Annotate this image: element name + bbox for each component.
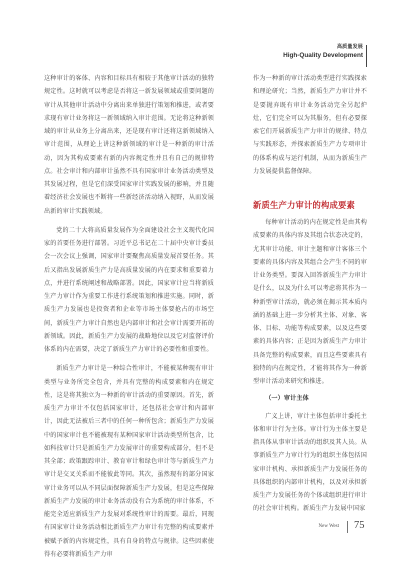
body-paragraph: 作为一种新的审计活动类型进行实践探索和理论研究；当然，新质生产力审计并不是要抛弃… [253, 72, 367, 178]
running-header: 高质量发展 High-Quality Development [283, 44, 363, 60]
sub-heading: （一）审计主体 [253, 392, 367, 405]
body-paragraph: 广义上讲，审计主体包括审计委托主体和审计行为主体。审计行为主体主要是指具体从事审… [253, 410, 367, 516]
body-paragraph: 新质生产力审计是一种综合性审计，不能被某种现有审计类型与业务所完全包含，并具有完… [44, 362, 214, 561]
page-footer: New West 75 [300, 520, 370, 534]
magazine-name: New West [319, 524, 339, 529]
body-paragraph: 每种审计活动的内在规定性是由其构成要素的具体内容及其组合状态决定的，尤其审计功能… [253, 216, 367, 388]
header-divider [366, 45, 367, 67]
page-number: 75 [354, 520, 365, 531]
body-paragraph: 党的二十大将高质量发展作为全面建设社会主义现代化国家的首要任务进行部署。习近平总… [44, 224, 214, 357]
header-section-cn: 高质量发展 [283, 44, 363, 51]
body-paragraph: 这种审计的客体、内容和目标具有相较于其他审计活动的独特规定性。这时就可以考虑是否… [44, 72, 214, 218]
footer-divider [347, 521, 348, 533]
section-heading: 新质生产力审计的构成要素 [253, 198, 367, 212]
left-column: 这种审计的客体、内容和目标具有相较于其他审计活动的独特规定性。这时就可以考虑是否… [44, 72, 214, 561]
right-column: 作为一种新的审计活动类型进行实践探索和理论研究；当然，新质生产力审计并不是要抛弃… [253, 72, 367, 516]
header-section-en: High-Quality Development [283, 51, 363, 60]
